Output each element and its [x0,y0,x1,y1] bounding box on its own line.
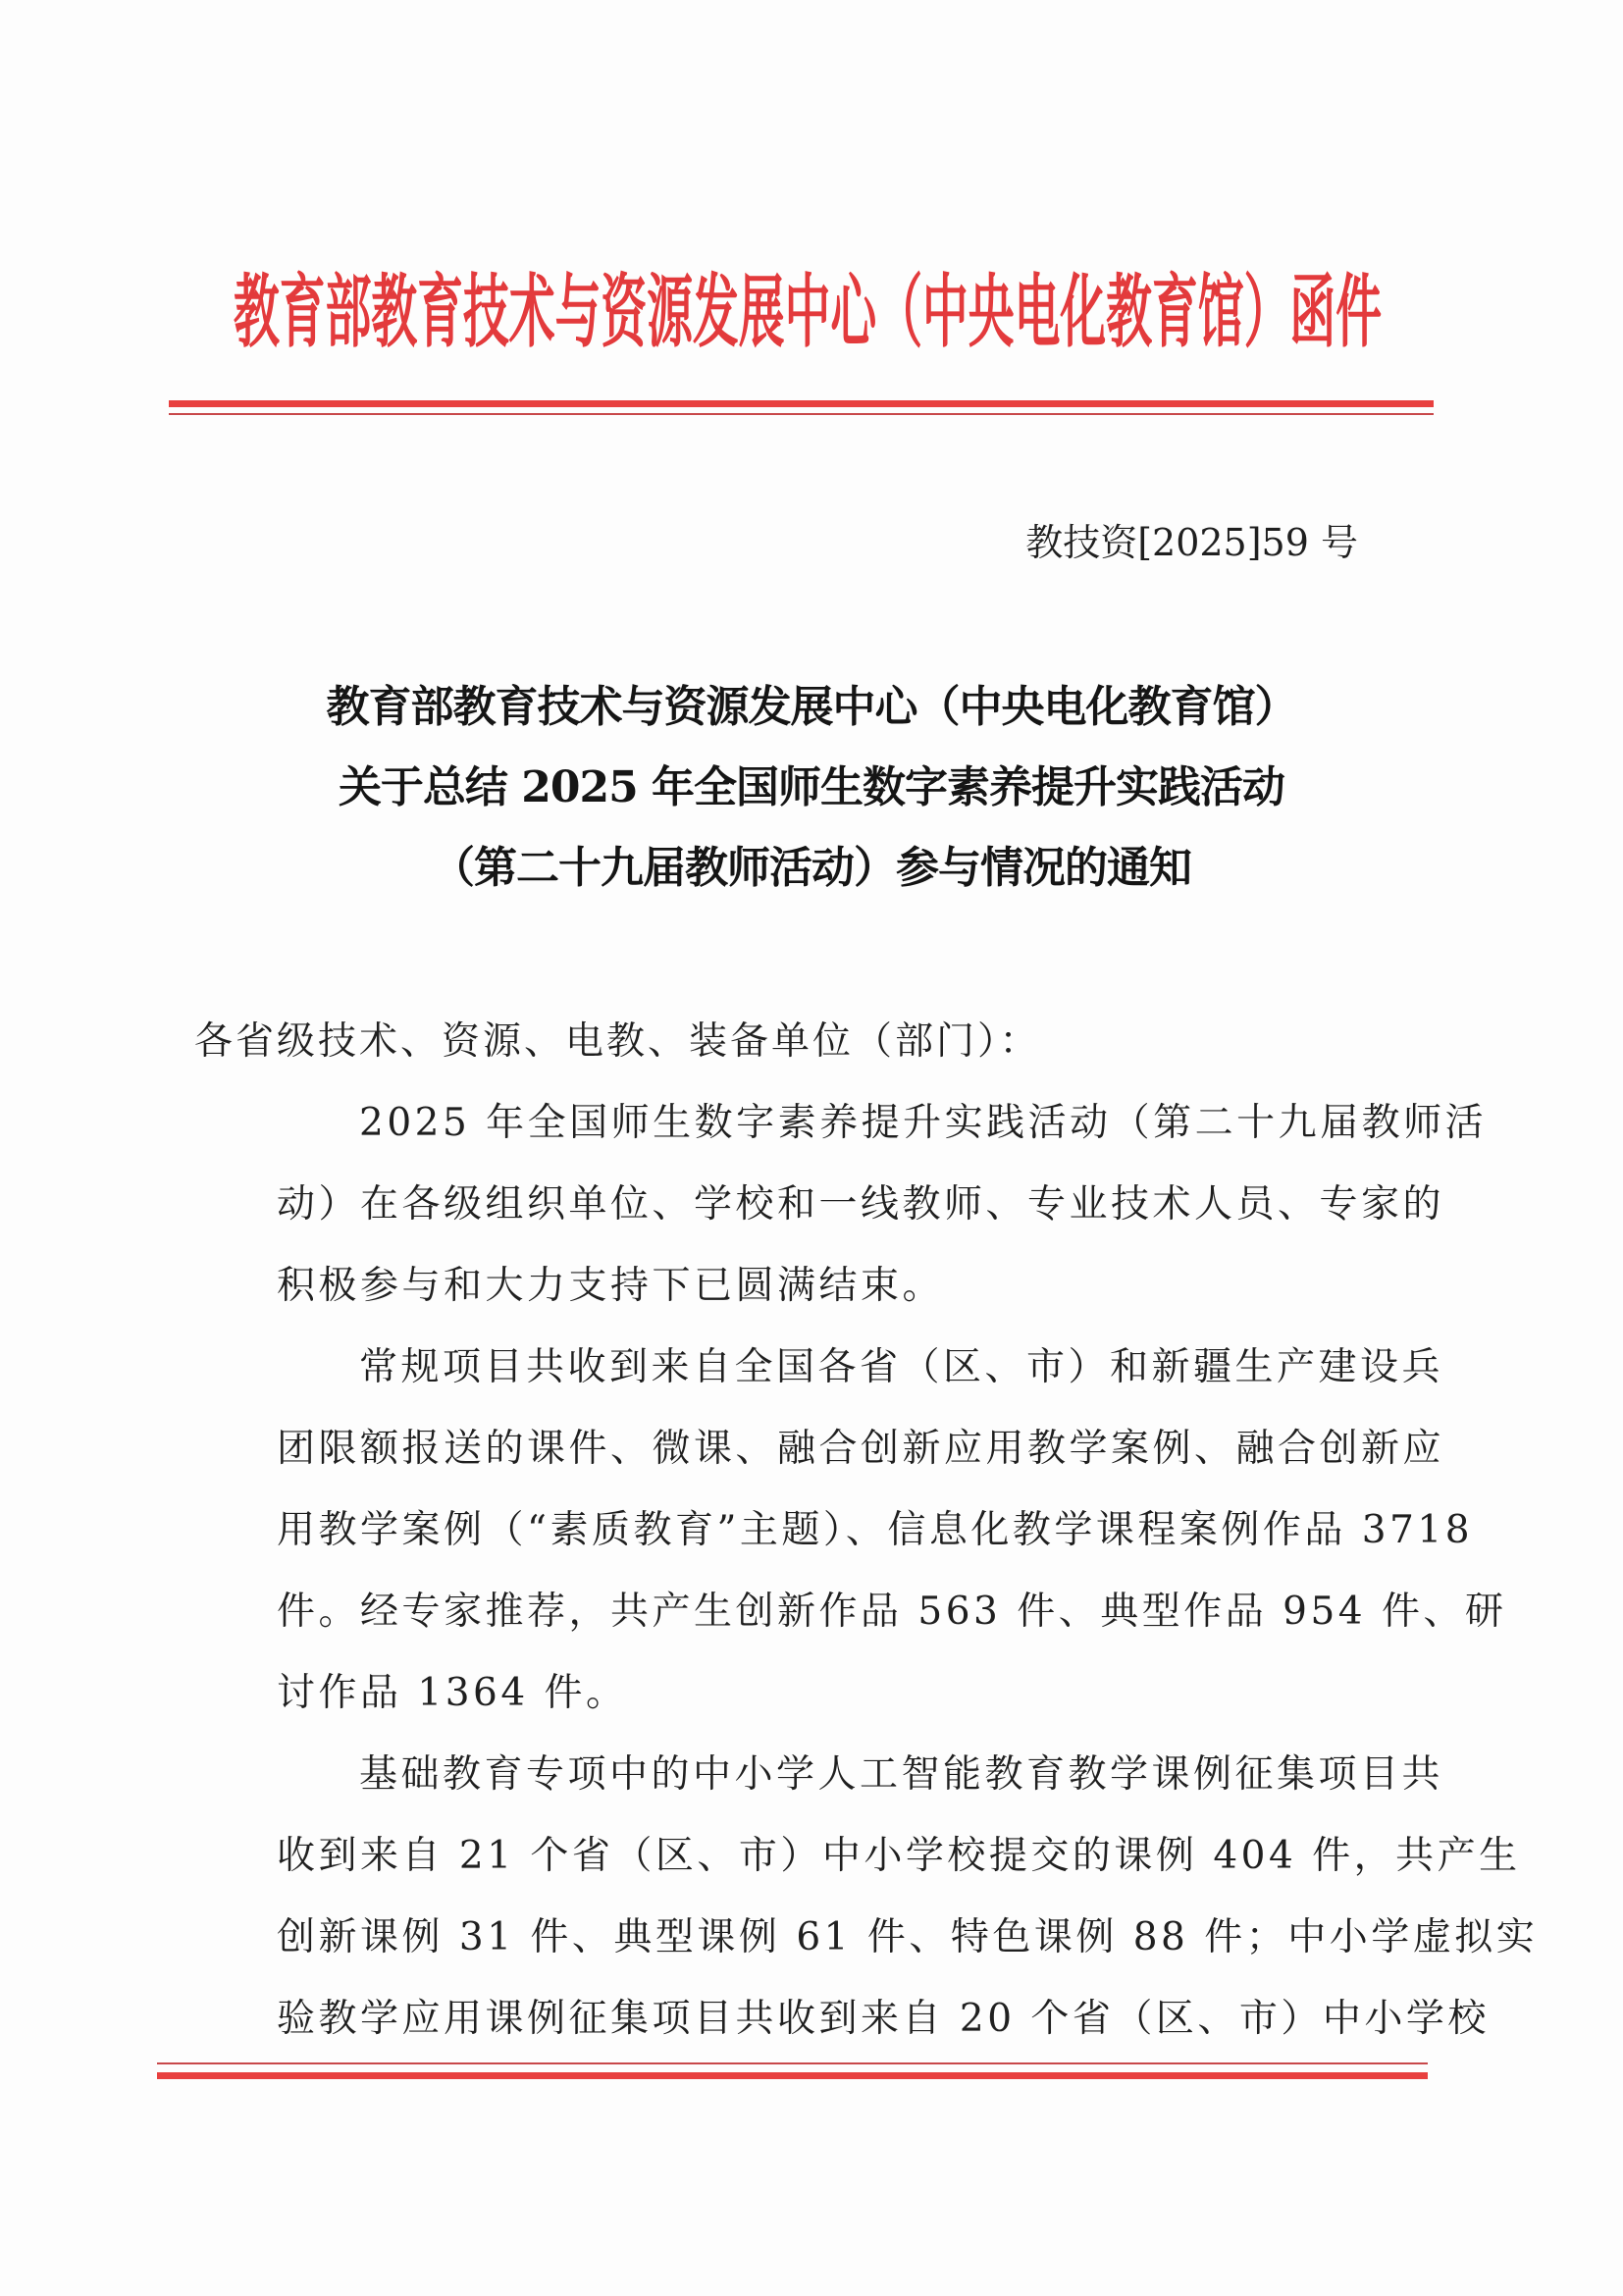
title-line: 教育部教育技术与资源发展中心（中央电化教育馆） [177,667,1446,748]
salutation: 各省级技术、资源、电教、装备单位（部门）： [194,1001,1433,1082]
paragraph-line: 2025 年全国师生数字素养提升实践活动（第二十九届教师活 [194,1082,1433,1164]
paragraph-line: 创新课例 31 件、典型课例 61 件、特色课例 88 件；中小学虚拟实 [194,1897,1433,1978]
paragraph-line: 常规项目共收到来自全国各省（区、市）和新疆生产建设兵 [194,1327,1433,1408]
paragraph-regular-projects: 常规项目共收到来自全国各省（区、市）和新疆生产建设兵 团限额报送的课件、微课、融… [194,1327,1433,1734]
paragraph-line: 讨作品 1364 件。 [194,1652,1433,1734]
title-line: （第二十九届教师活动）参与情况的通知 [177,828,1446,909]
masthead: 教育部教育技术与资源发展中心（中央电化教育馆）函件 [186,257,1428,355]
masthead-title: 教育部教育技术与资源发展中心（中央电化教育馆）函件 [234,257,1382,355]
notice-title: 教育部教育技术与资源发展中心（中央电化教育馆） 关于总结 2025 年全国师生数… [177,667,1446,909]
footer-rule-thin [157,2062,1428,2064]
paragraph-line: 动）在各级组织单位、学校和一线教师、专业技术人员、专家的 [194,1164,1433,1245]
notice-body: 各省级技术、资源、电教、装备单位（部门）： 2025 年全国师生数字素养提升实践… [194,1001,1433,2060]
document-page: 教育部教育技术与资源发展中心（中央电化教育馆）函件 教技资[2025]59 号 … [0,0,1623,2296]
paragraph-line: 团限额报送的课件、微课、融合创新应用教学案例、融合创新应 [194,1408,1433,1489]
paragraph-line: 验教学应用课例征集项目共收到来自 20 个省（区、市）中小学校 [194,1978,1433,2060]
document-number: 教技资[2025]59 号 [1025,512,1358,566]
paragraph-line: 基础教育专项中的中小学人工智能教育教学课例征集项目共 [194,1734,1433,1815]
paragraph-line: 收到来自 21 个省（区、市）中小学校提交的课例 404 件，共产生 [194,1815,1433,1897]
paragraph-line: 件。经专家推荐，共产生创新作品 563 件、典型作品 954 件、研 [194,1571,1433,1652]
masthead-rule-thin [169,413,1434,415]
masthead-rule-thick [169,400,1434,407]
title-line: 关于总结 2025 年全国师生数字素养提升实践活动 [177,748,1446,828]
footer-rule-thick [157,2072,1428,2079]
paragraph-line: 积极参与和大力支持下已圆满结束。 [194,1245,1433,1327]
paragraph-basic-education: 基础教育专项中的中小学人工智能教育教学课例征集项目共 收到来自 21 个省（区、… [194,1734,1433,2060]
paragraph-line: 用教学案例（“素质教育”主题）、信息化教学课程案例作品 3718 [194,1489,1433,1571]
paragraph-intro: 2025 年全国师生数字素养提升实践活动（第二十九届教师活 动）在各级组织单位、… [194,1082,1433,1327]
